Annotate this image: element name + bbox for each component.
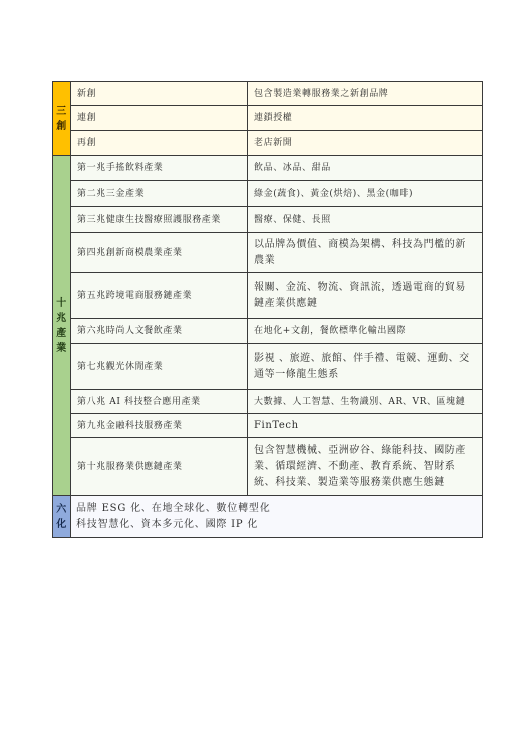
row-description: 連鎖授權 xyxy=(248,106,483,131)
six-transformations-line-1: 品牌 ESG 化、在地全球化、數位轉型化 xyxy=(76,501,476,517)
row-name: 連創 xyxy=(71,106,248,131)
industry-table: 三創 新創 包含製造業轉服務業之新創品牌 連創 連鎖授權 再創 老店新開 十兆產… xyxy=(52,81,483,538)
row-name: 第七兆觀光休閒產業 xyxy=(71,344,248,390)
row-description: 在地化+文創，餐飲標準化輸出國際 xyxy=(248,319,483,344)
row-name: 新創 xyxy=(71,82,248,106)
row-description: FinTech xyxy=(248,414,483,438)
row-name: 第二兆三金產業 xyxy=(71,181,248,207)
table-row: 第九兆金融科技服務產業 FinTech xyxy=(53,414,483,438)
row-name: 第八兆 AI 科技整合應用產業 xyxy=(71,390,248,414)
row-description: 大數據、人工智慧、生物識別、AR、VR、區塊鏈 xyxy=(248,390,483,414)
table-row: 六化 品牌 ESG 化、在地全球化、數位轉型化 科技智慧化、資本多元化、國際 I… xyxy=(53,496,483,538)
row-name: 第一兆手搖飲料產業 xyxy=(71,156,248,181)
row-description: 影視 、旅遊、旅館、伴手禮、電競、運動、交通等一條龍生態系 xyxy=(248,344,483,390)
table-row: 第三兆健康生技醫療照護服務產業 醫療、保健、長照 xyxy=(53,207,483,233)
row-description: 報關、金流、物流、資訊流，透過電商的貿易鏈產業供應鏈 xyxy=(248,273,483,319)
row-description: 飲品、冰品、甜品 xyxy=(248,156,483,181)
table-row: 第四兆創新商模農業產業 以品牌為價值、商模為架構、科技為門檻的新農業 xyxy=(53,233,483,273)
table-row: 第五兆跨境電商服務鏈產業 報關、金流、物流、資訊流，透過電商的貿易鏈產業供應鏈 xyxy=(53,273,483,319)
row-name: 再創 xyxy=(71,131,248,156)
six-transformations-content: 品牌 ESG 化、在地全球化、數位轉型化 科技智慧化、資本多元化、國際 IP 化 xyxy=(71,496,483,538)
row-name: 第十兆服務業供應鏈產業 xyxy=(71,438,248,496)
row-name: 第五兆跨境電商服務鏈產業 xyxy=(71,273,248,319)
row-name: 第九兆金融科技服務產業 xyxy=(71,414,248,438)
group-label-ten-trillion-industries: 十兆產業 xyxy=(53,156,71,496)
table-row: 第八兆 AI 科技整合應用產業 大數據、人工智慧、生物識別、AR、VR、區塊鏈 xyxy=(53,390,483,414)
row-description: 包含智慧機械、亞洲矽谷、綠能科技、國防產業、循環經濟、不動產、教育系統、智財系統… xyxy=(248,438,483,496)
table-row: 第七兆觀光休閒產業 影視 、旅遊、旅館、伴手禮、電競、運動、交通等一條龍生態系 xyxy=(53,344,483,390)
row-description: 綠金(蔬食)、黃金(烘焙)、黑金(咖啡) xyxy=(248,181,483,207)
row-description: 老店新開 xyxy=(248,131,483,156)
table-row: 連創 連鎖授權 xyxy=(53,106,483,131)
document-page: 三創 新創 包含製造業轉服務業之新創品牌 連創 連鎖授權 再創 老店新開 十兆產… xyxy=(0,0,531,750)
table-row: 再創 老店新開 xyxy=(53,131,483,156)
row-name: 第三兆健康生技醫療照護服務產業 xyxy=(71,207,248,233)
row-name: 第六兆時尚人文餐飲產業 xyxy=(71,319,248,344)
six-transformations-line-2: 科技智慧化、資本多元化、國際 IP 化 xyxy=(76,517,476,533)
row-name: 第四兆創新商模農業產業 xyxy=(71,233,248,273)
row-description: 以品牌為價值、商模為架構、科技為門檻的新農業 xyxy=(248,233,483,273)
group-label-san-chuang: 三創 xyxy=(53,82,71,156)
group-label-six-transformations: 六化 xyxy=(53,496,71,538)
table-row: 第六兆時尚人文餐飲產業 在地化+文創，餐飲標準化輸出國際 xyxy=(53,319,483,344)
table-row: 第二兆三金產業 綠金(蔬食)、黃金(烘焙)、黑金(咖啡) xyxy=(53,181,483,207)
row-description: 包含製造業轉服務業之新創品牌 xyxy=(248,82,483,106)
table-row: 十兆產業 第一兆手搖飲料產業 飲品、冰品、甜品 xyxy=(53,156,483,181)
row-description: 醫療、保健、長照 xyxy=(248,207,483,233)
table-row: 三創 新創 包含製造業轉服務業之新創品牌 xyxy=(53,82,483,106)
table-row: 第十兆服務業供應鏈產業 包含智慧機械、亞洲矽谷、綠能科技、國防產業、循環經濟、不… xyxy=(53,438,483,496)
